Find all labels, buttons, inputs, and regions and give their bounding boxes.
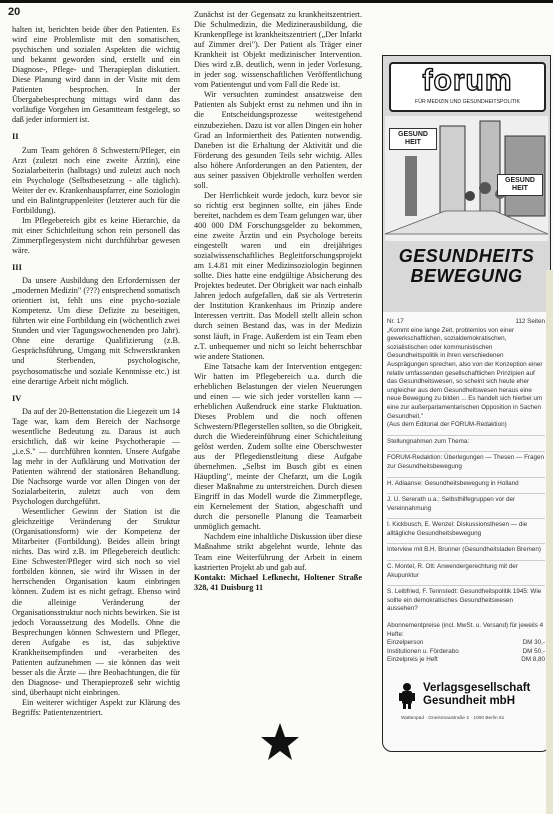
price-value: DM 8,80 bbox=[521, 656, 545, 665]
masthead-subtitle: FÜR MEDIZIN UND GESUNDHEITSPOLITIK bbox=[391, 99, 544, 105]
section-heading-ii: II bbox=[12, 131, 180, 141]
publisher-name-line-1: Verlagsgesellschaft bbox=[423, 682, 530, 695]
cover-headline: GESUNDHEITS BEWEGUNG bbox=[383, 246, 550, 286]
paragraph: Wir versuchten zumindest ansatzweise den… bbox=[194, 90, 362, 190]
price-value: DM 30,- bbox=[523, 639, 545, 648]
paragraph: Wesentlicher Gewinn der Station ist die … bbox=[12, 507, 180, 698]
contact-address: Kontakt: Michael Lefknecht, Holtener Str… bbox=[194, 573, 362, 593]
publisher-address: Wattenpad · Gneisenaustraße 2 · 1000 Ber… bbox=[401, 716, 504, 721]
paragraph: halten ist, berichten beide über den Pat… bbox=[12, 25, 180, 125]
toc-item: C. Montel, R. Ott: Anwendergerechtung mi… bbox=[387, 560, 545, 580]
forum-advertisement: forum FÜR MEDIZIN UND GESUNDHEITSPOLITIK… bbox=[382, 55, 551, 752]
toc-item: FORUM-Redaktion: Überlegungen — Thesen —… bbox=[387, 451, 545, 471]
paragraph: Da unsere Ausbildung den Erfordernissen … bbox=[12, 276, 180, 387]
star-icon bbox=[260, 722, 300, 762]
toc-item: S. Leibfried, F. Tennstedt: Gesundheitsp… bbox=[387, 585, 545, 614]
price-row: Einzelperson DM 30,- bbox=[387, 639, 545, 648]
page-number: 20 bbox=[8, 6, 20, 18]
masthead: forum FÜR MEDIZIN UND GESUNDHEITSPOLITIK bbox=[389, 62, 546, 112]
section-heading-iii: III bbox=[12, 262, 180, 272]
toc-item: H. Adlaanse: Gesundheitsbewegung in Holl… bbox=[387, 477, 545, 489]
price-row: Einzelpreis je Heft DM 8,80 bbox=[387, 656, 545, 665]
article-column-1: halten ist, berichten beide über den Pat… bbox=[12, 25, 180, 718]
paragraph: Ein weiterer wichtiger Aspekt zur Klärun… bbox=[12, 698, 180, 718]
subscription-heading: Abonnementpreise (incl. MwSt. u. Versand… bbox=[387, 622, 545, 639]
scan-edge-shadow bbox=[546, 270, 553, 814]
page-top-rule bbox=[0, 0, 553, 3]
publisher-name-line-2: Gesundheit mbH bbox=[423, 695, 530, 708]
section-heading-iv: IV bbox=[12, 393, 180, 403]
toc-item: Interview mit B.H. Brunner (Gesundheitsl… bbox=[387, 543, 545, 555]
price-value: DM 50,- bbox=[523, 648, 545, 657]
forum-logo: forum bbox=[391, 64, 544, 98]
protest-sign-left: GESUND HEIT bbox=[389, 128, 437, 150]
paragraph: Im Pflegebereich gibt es keine Hierarchi… bbox=[12, 216, 180, 256]
quote-source: (Aus dem Editorial der FORUM-Redaktion) bbox=[387, 421, 545, 430]
paragraph: Zum Team gehören 8 Schwestern/Pfleger, e… bbox=[12, 146, 180, 216]
cover-headline-line-1: GESUNDHEITS bbox=[383, 246, 550, 266]
paragraph: Zunächst ist der Gegensatz zu krankheits… bbox=[194, 10, 362, 90]
cover-illustration: GESUND HEIT GESUND HEIT bbox=[385, 116, 548, 241]
toc-item: I. Kickbusch, E. Wenzel: Diskussionsthes… bbox=[387, 518, 545, 538]
paragraph: Da auf der 20-Bettenstation die Liegezei… bbox=[12, 407, 180, 507]
protest-sign-right: GESUND HEIT bbox=[497, 174, 543, 196]
article-column-2: Zunächst ist der Gegensatz zu krankheits… bbox=[194, 10, 362, 593]
page-count: 112 Seiten bbox=[515, 318, 545, 327]
publisher-block: Verlagsgesellschaft Gesundheit mbH bbox=[397, 681, 547, 709]
issue-number: Nr. 17 bbox=[387, 318, 404, 327]
magazine-cover: forum FÜR MEDIZIN UND GESUNDHEITSPOLITIK… bbox=[383, 56, 550, 312]
price-label: Einzelperson bbox=[387, 639, 423, 648]
paragraph: Der Herrlichkeit wurde jedoch, kurz bevo… bbox=[194, 191, 362, 362]
paragraph: Eine Tatsache kam der Intervention entge… bbox=[194, 362, 362, 533]
paragraph: Nachdem eine inhaltliche Diskussion über… bbox=[194, 532, 362, 572]
price-label: Einzelpreis je Heft bbox=[387, 656, 438, 665]
subscription-prices: Abonnementpreise (incl. MwSt. u. Versand… bbox=[387, 622, 545, 665]
advertisement-text: Nr. 17 112 Seiten „Kommt eine lange Zeit… bbox=[387, 318, 545, 665]
price-label: Institutionen u. Förderabo bbox=[387, 648, 459, 657]
issue-info: Nr. 17 112 Seiten bbox=[387, 318, 545, 327]
publisher-logo-icon bbox=[397, 681, 417, 709]
publisher-name: Verlagsgesellschaft Gesundheit mbH bbox=[423, 682, 530, 708]
editorial-quote: „Kommt eine lange Zeit, problemlos von e… bbox=[387, 327, 545, 422]
toc-heading: Stellungnahmen zum Thema: bbox=[387, 435, 545, 447]
cover-headline-line-2: BEWEGUNG bbox=[383, 266, 550, 286]
toc-item: J. U. Sererath u.a.: Selbsthilfegruppen … bbox=[387, 493, 545, 513]
price-row: Institutionen u. Förderabo DM 50,- bbox=[387, 648, 545, 657]
